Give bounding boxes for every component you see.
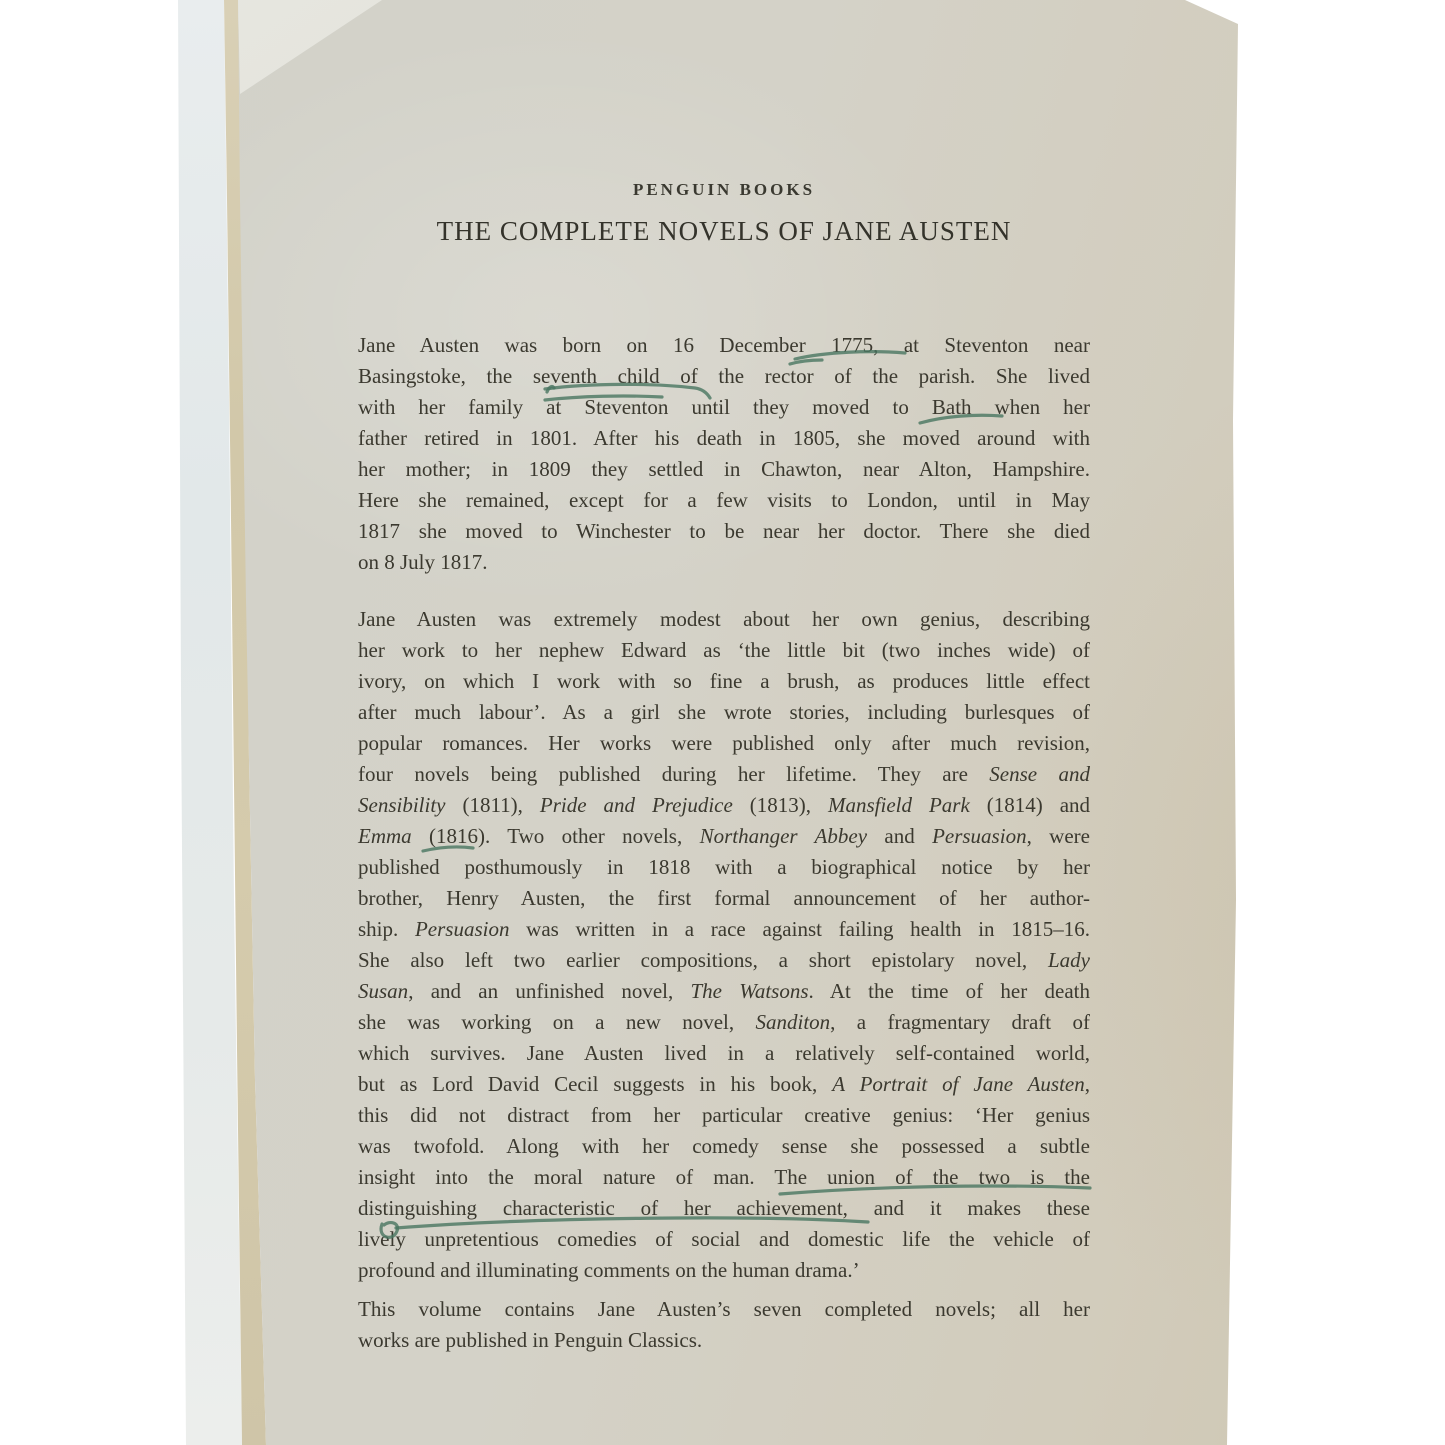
text-line: works are published in Penguin Classics.	[358, 1325, 1090, 1356]
text-line: brother, Henry Austen, the first formal …	[358, 883, 1090, 914]
text-line: with her family at Steventon until they …	[358, 392, 1090, 423]
text-line: Jane Austen was extremely modest about h…	[358, 604, 1090, 635]
text-line: 1817 she moved to Winchester to be near …	[358, 516, 1090, 547]
text-line: she was working on a new novel, Sanditon…	[358, 1007, 1090, 1038]
text-line: insight into the moral nature of man. Th…	[358, 1162, 1090, 1193]
text-line: This volume contains Jane Austen’s seven…	[358, 1294, 1090, 1325]
text-line: distinguishing characteristic of her ach…	[358, 1193, 1090, 1224]
paragraph-volume-note: This volume contains Jane Austen’s seven…	[358, 1294, 1090, 1356]
text-line: Jane Austen was born on 16 December 1775…	[358, 330, 1090, 361]
text-line: She also left two earlier compositions, …	[358, 945, 1090, 976]
text-line: four novels being published during her l…	[358, 759, 1090, 790]
text-line: but as Lord David Cecil suggests in his …	[358, 1069, 1090, 1100]
text-line: Sensibility (1811), Pride and Prejudice …	[358, 790, 1090, 821]
text-line: Basingstoke, the seventh child of the re…	[358, 361, 1090, 392]
text-line: Emma (1816). Two other novels, Northange…	[358, 821, 1090, 852]
text-line: profound and illuminating comments on th…	[358, 1255, 1090, 1286]
text-line: her mother; in 1809 they settled in Chaw…	[358, 454, 1090, 485]
text-line: ivory, on which I work with so fine a br…	[358, 666, 1090, 697]
book-photo: PENGUIN BOOKS THE COMPLETE NOVELS OF JAN…	[0, 0, 1445, 1445]
text-line: Here she remained, except for a few visi…	[358, 485, 1090, 516]
publisher-header: PENGUIN BOOKS	[358, 180, 1090, 200]
text-line: this did not distract from her particula…	[358, 1100, 1090, 1131]
text-line: published posthumously in 1818 with a bi…	[358, 852, 1090, 883]
text-line: ship. Persuasion was written in a race a…	[358, 914, 1090, 945]
text-line: father retired in 1801. After his death …	[358, 423, 1090, 454]
text-line: on 8 July 1817.	[358, 547, 1090, 578]
text-line: was twofold. Along with her comedy sense…	[358, 1131, 1090, 1162]
text-line: lively unpretentious comedies of social …	[358, 1224, 1090, 1255]
paragraph-works: Jane Austen was extremely modest about h…	[358, 604, 1090, 1286]
text-line: after much labour’. As a girl she wrote …	[358, 697, 1090, 728]
text-line: her work to her nephew Edward as ‘the li…	[358, 635, 1090, 666]
text-line: Susan, and an unfinished novel, The Wats…	[358, 976, 1090, 1007]
text-line: which survives. Jane Austen lived in a r…	[358, 1038, 1090, 1069]
body-text: Jane Austen was born on 16 December 1775…	[358, 330, 1090, 1356]
page-title: THE COMPLETE NOVELS OF JANE AUSTEN	[320, 216, 1128, 247]
paragraph-biography: Jane Austen was born on 16 December 1775…	[358, 330, 1090, 578]
text-line: popular romances. Her works were publish…	[358, 728, 1090, 759]
